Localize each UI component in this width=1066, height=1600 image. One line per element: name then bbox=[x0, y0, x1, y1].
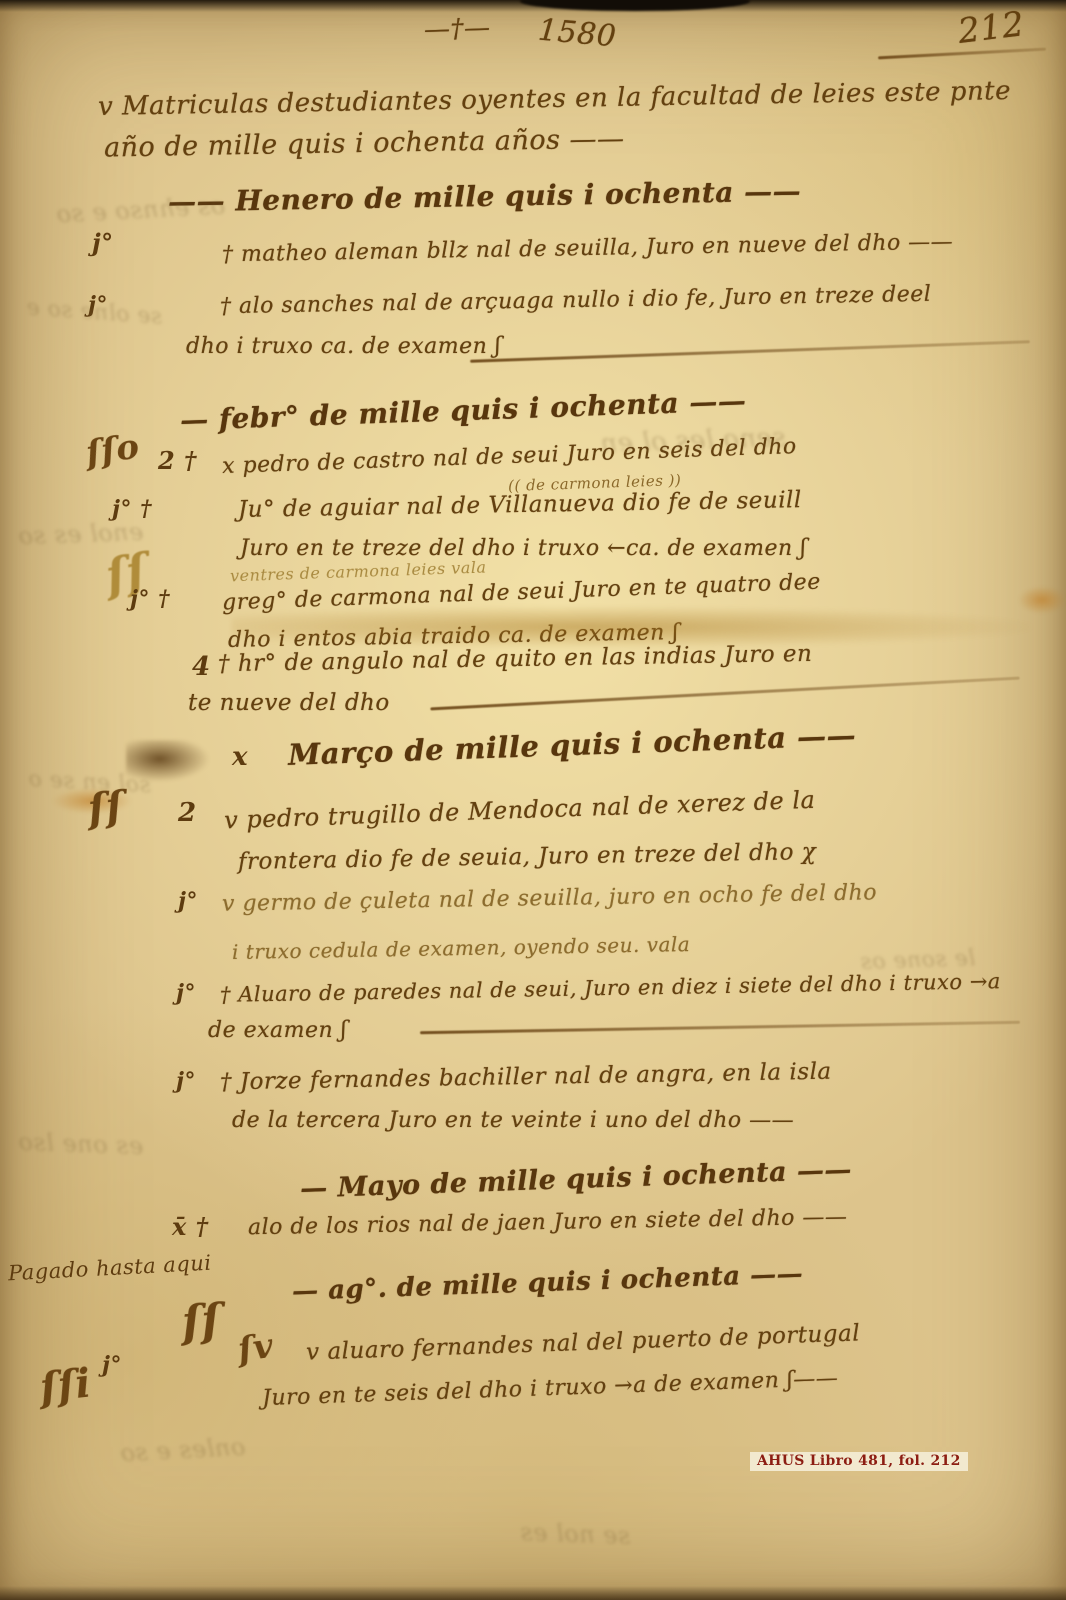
margin-mark: j° bbox=[178, 888, 198, 914]
heading-marzo: Março de mille quis i ochenta —— bbox=[288, 718, 857, 772]
entry-line: Juro en te treze del dho i truxo ←ca. de… bbox=[240, 536, 807, 561]
bleedthrough-ghost: enol es so bbox=[18, 518, 144, 550]
entry-line: † Aluaro de paredes nal de seui, Juro en… bbox=[220, 969, 1001, 1007]
stain-edge bbox=[1018, 586, 1066, 614]
ink-stroke bbox=[420, 1021, 1020, 1034]
cross-mark: —†— bbox=[423, 13, 491, 45]
bleedthrough-ghost: sol en se o bbox=[27, 767, 151, 798]
entry-line: v pedro trugillo de Mendoca nal de xerez… bbox=[224, 786, 816, 835]
margin-paraph: ſv bbox=[235, 1326, 276, 1371]
bleedthrough-ghost: onles e so bbox=[119, 1433, 246, 1468]
year-header: 1580 bbox=[537, 13, 618, 55]
margin-mark: j° bbox=[102, 1352, 122, 1378]
margin-mark: 2 bbox=[178, 798, 197, 828]
margin-paraph: ſſi bbox=[38, 1359, 94, 1411]
entry-line: alo de los rios nal de jaen Juro en siet… bbox=[248, 1205, 848, 1240]
entry-line: † matheo aleman bllz nal de seuilla, Jur… bbox=[222, 230, 954, 268]
margin-mark: j° † bbox=[130, 586, 170, 612]
folio-number: 212 bbox=[956, 4, 1027, 52]
bleedthrough-ghost: le sone os bbox=[860, 946, 976, 975]
bleedthrough-ghost: os ehnso e so bbox=[55, 192, 225, 229]
bleedthrough-ghost: se olne so e bbox=[25, 295, 163, 329]
entry-line: Ju° de aguiar nal de Villanueva dio fe d… bbox=[238, 487, 802, 523]
heading-mayo: — Mayo de mille quis i ochenta —— bbox=[300, 1154, 853, 1204]
entry-line: i truxo cedula de examen, oyendo seu. va… bbox=[232, 932, 691, 964]
bleedthrough-ghost: es one lso bbox=[18, 1128, 144, 1160]
entry-line: Juro en te seis del dho i truxo →a de ex… bbox=[262, 1366, 839, 1411]
margin-mark: x̄ † bbox=[172, 1212, 209, 1241]
photo-bottom-edge-shadow bbox=[0, 1586, 1066, 1600]
margin-mark: j° bbox=[92, 228, 114, 257]
heading-enero: —— Henero de mille quis i ochenta —— bbox=[168, 174, 802, 218]
title-line-2: año de mille quis i ochenta años —— bbox=[104, 123, 625, 163]
ink-stroke bbox=[470, 340, 1030, 363]
margin-mark: j° bbox=[176, 1068, 196, 1094]
entry-line: de examen ʃ bbox=[208, 1018, 347, 1043]
entry-line: dho i truxo ca. de examen ʃ bbox=[186, 334, 501, 359]
stain-band bbox=[232, 606, 1032, 648]
margin-note-pagado: Pagado hasta aqui bbox=[8, 1251, 213, 1286]
margin-mark: j° bbox=[176, 980, 196, 1006]
entry-line: de la tercera Juro en te veinte i uno de… bbox=[232, 1108, 794, 1133]
entry-line: v germo de çuleta nal de seuilla, juro e… bbox=[222, 880, 877, 916]
entry-line: v aluaro fernandes nal del puerto de por… bbox=[306, 1320, 861, 1365]
margin-paraph: ſſo bbox=[83, 426, 141, 473]
entry-line: frontera dio fe de seuia, Juro en treze … bbox=[238, 839, 817, 875]
margin-paraph: ſſ bbox=[180, 1295, 222, 1349]
manuscript-page: —†—1580212v Matriculas destudiantes oyen… bbox=[0, 0, 1066, 1600]
margin-mark: 4 bbox=[192, 652, 211, 682]
title-line-1: v Matriculas destudiantes oyentes en la … bbox=[98, 76, 1011, 122]
bleedthrough-ghost: se nol es bbox=[520, 1518, 631, 1550]
margin-mark: 2 † bbox=[158, 446, 197, 475]
entry-line: † alo sanches nal de arçuaga nullo i dio… bbox=[220, 282, 932, 319]
margin-mark: x bbox=[232, 742, 248, 772]
entry-line: te nueve del dho bbox=[188, 690, 390, 716]
entry-line: † Jorze fernandes bachiller nal de angra… bbox=[220, 1059, 832, 1096]
interlinear-note: ventres de carmona leies vala bbox=[230, 558, 487, 586]
archive-stamp: AHUS Libro 481, fol. 212 bbox=[750, 1452, 968, 1471]
heading-agosto: — ag°. de mille quis i ochenta —— bbox=[292, 1259, 804, 1307]
ink-stroke bbox=[430, 677, 1019, 711]
